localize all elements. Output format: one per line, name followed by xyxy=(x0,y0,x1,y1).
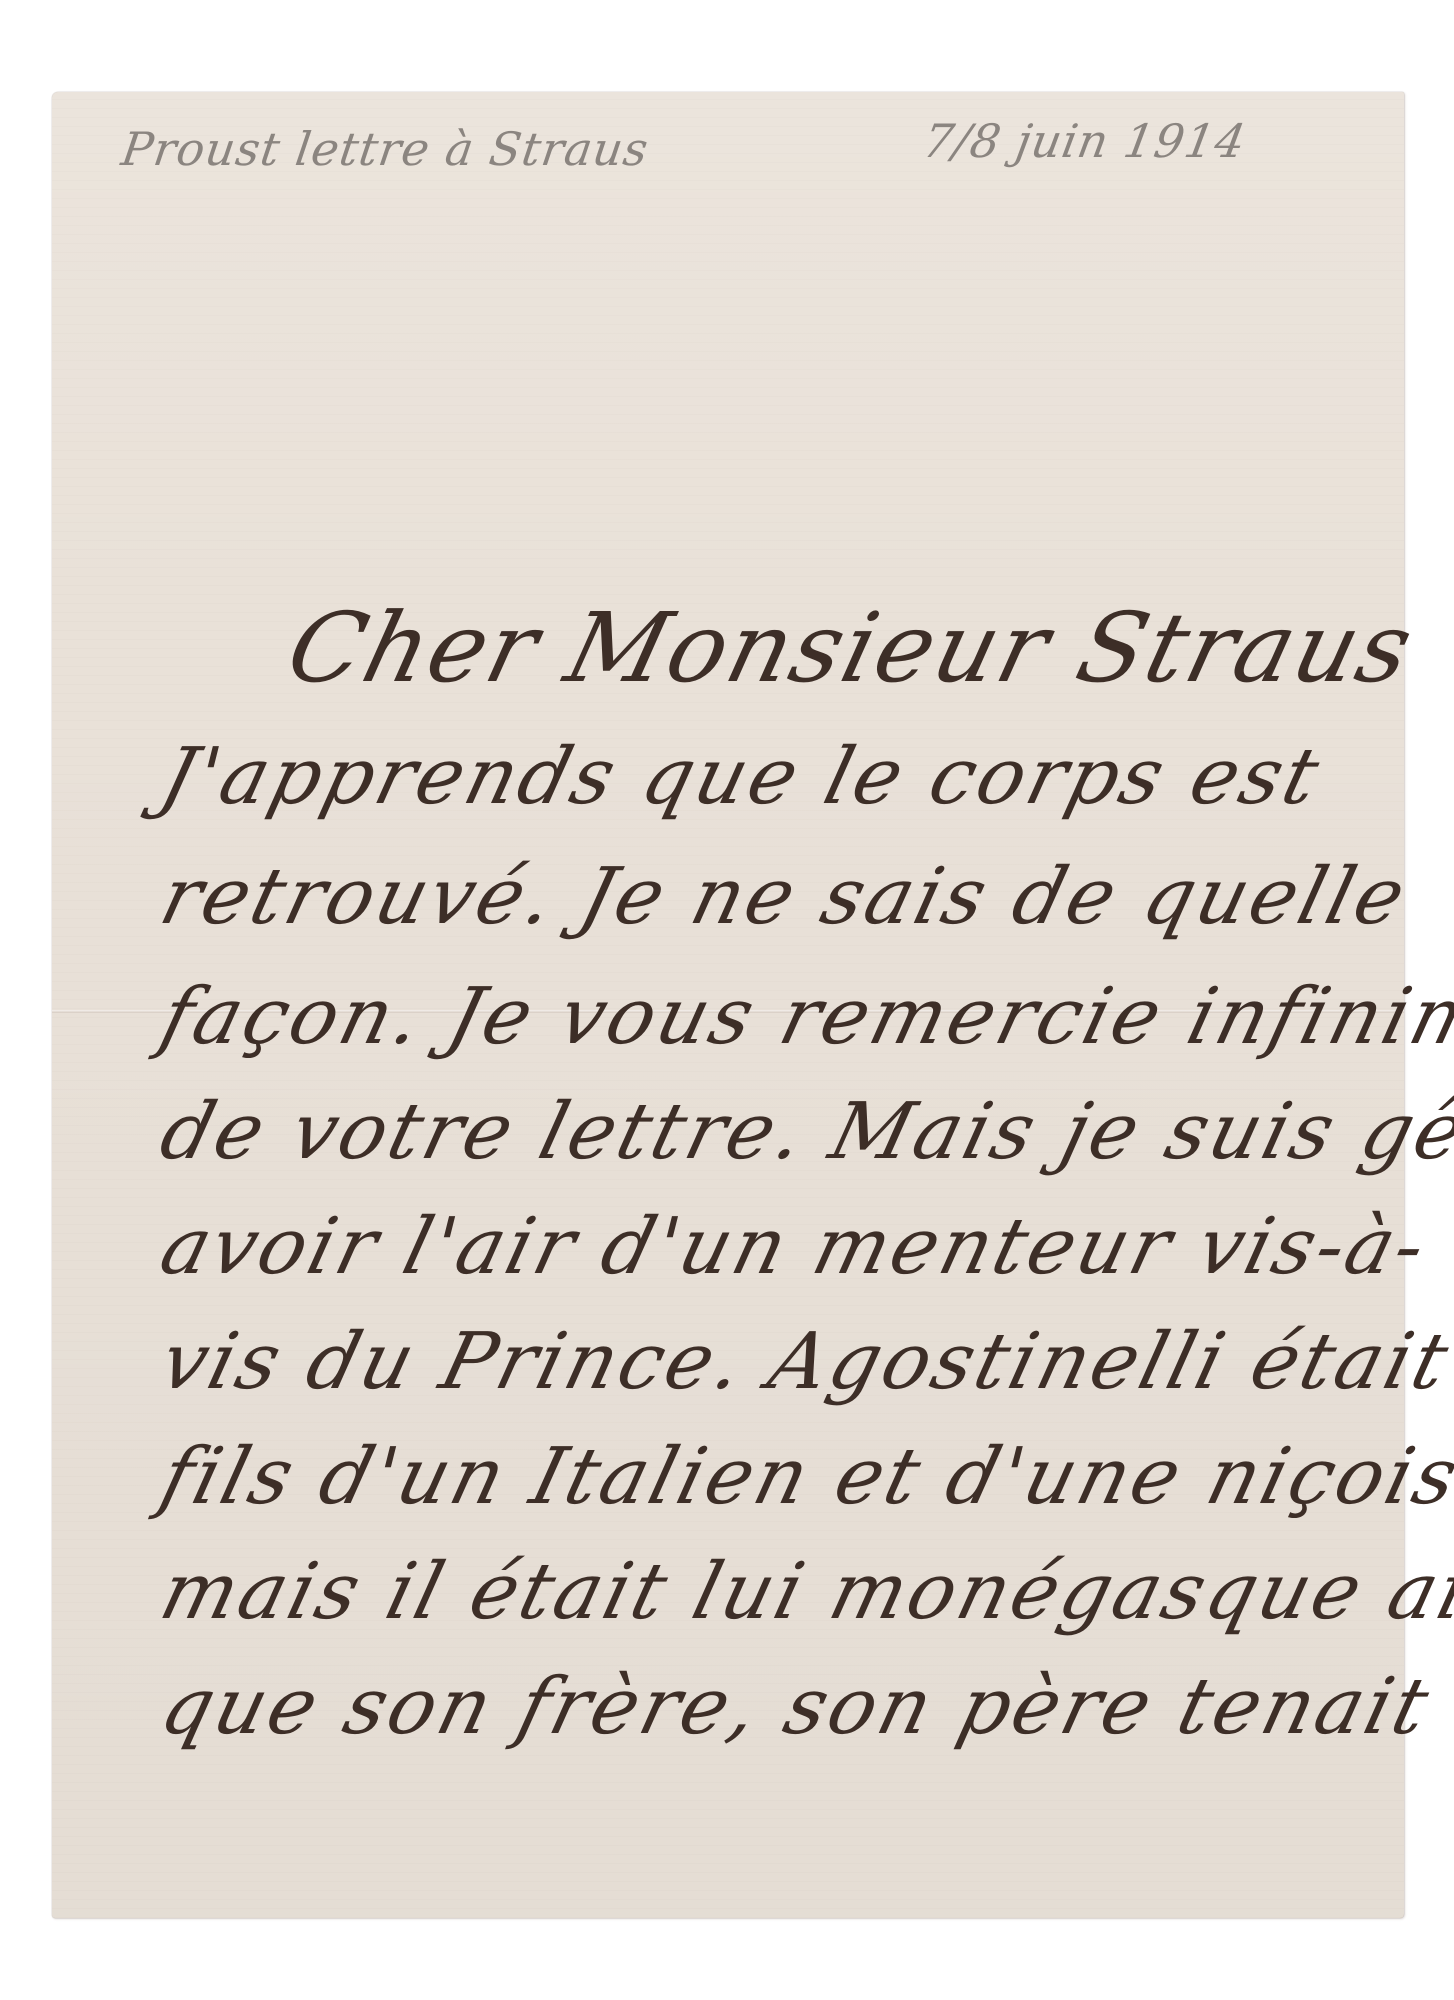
letter-line: de votre lettre. Mais je suis gêné d' xyxy=(152,1087,1454,1177)
letter-line: avoir l'air d'un menteur vis-à- xyxy=(152,1202,1437,1292)
letter-line: retrouvé. Je ne sais de quelle xyxy=(152,852,1417,942)
letter-line: J'apprends que le corps est xyxy=(152,732,1330,822)
letter-page: Proust lettre à Straus 7/8 juin 1914 Che… xyxy=(52,92,1404,1918)
letter-line: vis du Prince. Agostinelli était xyxy=(152,1317,1454,1407)
salutation: Cher Monsieur Straus xyxy=(277,592,1425,704)
letter-line: fils d'un Italien et d'une niçoise xyxy=(152,1432,1454,1522)
pencil-annotation-title: Proust lettre à Straus xyxy=(118,122,652,176)
pencil-annotation-date: 7/8 juin 1914 xyxy=(919,114,1250,168)
letter-line: que son frère, son père tenait un hôtel xyxy=(152,1662,1454,1752)
letter-line: façon. Je vous remercie infiniment xyxy=(152,972,1454,1062)
letter-line: mais il était lui monégasque ainsi xyxy=(152,1547,1454,1637)
